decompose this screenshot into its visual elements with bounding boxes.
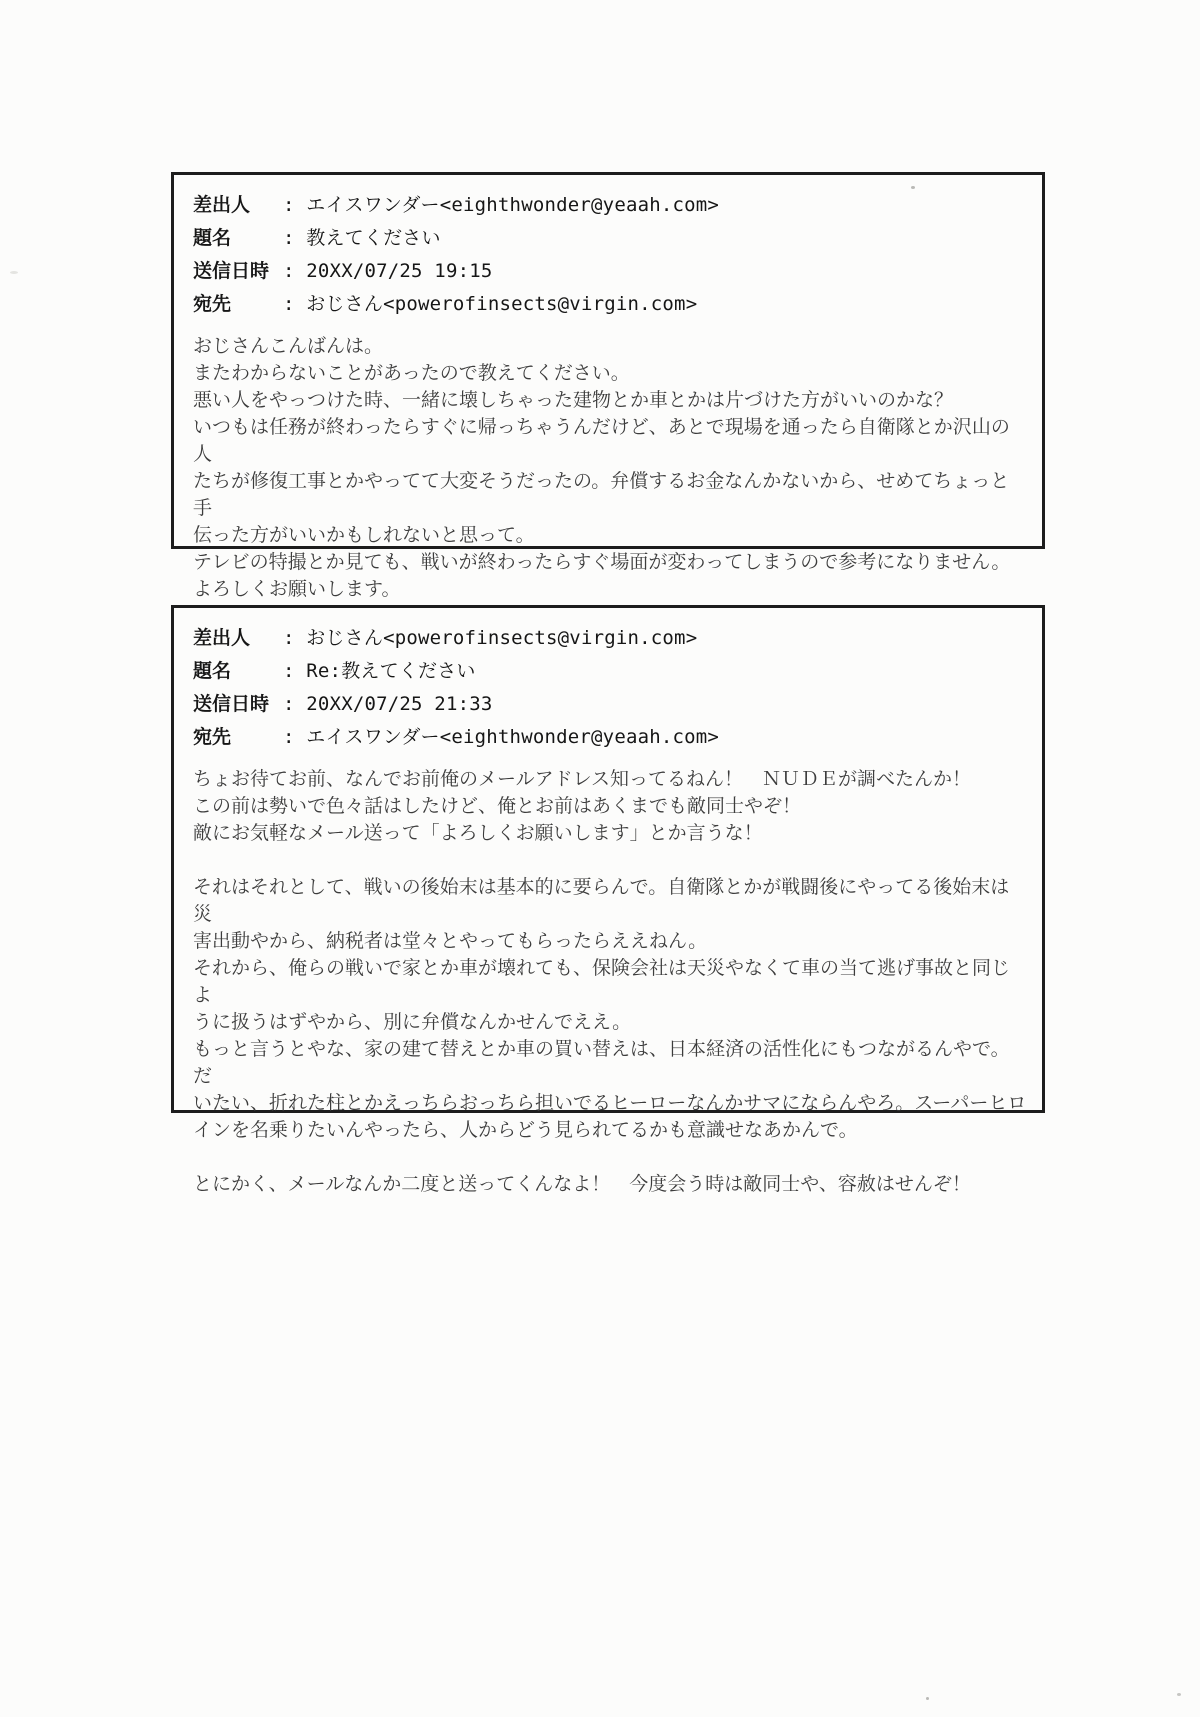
body-line: テレビの特撮とか見ても、戦いが終わったらすぐ場面が変わってしまうので参考になりま… xyxy=(193,549,1028,576)
body-line: もっと言うとやな、家の建て替えとか車の買い替えは、日本経済の活性化にもつながるん… xyxy=(193,1036,1028,1090)
email-2-paragraph-2: それはそれとして、戦いの後始末は基本的に要らんで。自衛隊とかが戦闘後にやってる後… xyxy=(193,874,1028,1144)
header-row-date: 送信日時: 20XX/07/25 21:33 xyxy=(193,688,1024,721)
header-value-date: : 20XX/07/25 19:15 xyxy=(283,255,493,287)
header-value-from: : エイスワンダー<eighthwonder@yeaah.com> xyxy=(283,189,719,221)
body-line: いたい、折れた柱とかえっちらおっちら担いでるヒーローなんかサマにならんやろ。スー… xyxy=(193,1090,1028,1117)
header-value-subject: : 教えてください xyxy=(283,222,441,254)
header-row-to: 宛先: おじさん<powerofinsects@virgin.com> xyxy=(193,288,1024,321)
body-line: ちょお待てお前、なんでお前俺のメールアドレス知ってるねん！ ＮＵＤＥが調べたんか… xyxy=(193,766,1028,793)
header-row-subject: 題名: 教えてください xyxy=(193,222,1024,255)
email-1-header-block: 差出人: エイスワンダー<eighthwonder@yeaah.com> 題名:… xyxy=(174,175,1042,321)
header-label-from: 差出人 xyxy=(193,190,283,222)
body-line: 悪い人をやっつけた時、一緒に壊しちゃった建物とか車とかは片づけた方がいいのかな？ xyxy=(193,387,1028,414)
body-line: インを名乗りたいんやったら、人からどう見られてるかも意識せなあかんで。 xyxy=(193,1117,1028,1144)
header-value-to: : おじさん<powerofinsects@virgin.com> xyxy=(283,288,697,320)
scan-speck xyxy=(1177,1693,1181,1696)
header-row-subject: 題名: Re:教えてください xyxy=(193,655,1024,688)
header-row-from: 差出人: エイスワンダー<eighthwonder@yeaah.com> xyxy=(193,189,1024,222)
scan-speck xyxy=(10,271,18,274)
email-2-paragraph-1: ちょお待てお前、なんでお前俺のメールアドレス知ってるねん！ ＮＵＤＥが調べたんか… xyxy=(193,766,1028,847)
body-line: いつもは任務が終わったらすぐに帰っちゃうんだけど、あとで現場を通ったら自衛隊とか… xyxy=(193,414,1028,468)
email-1-body: おじさんこんばんは。 またわからないことがあったので教えてください。 悪い人をや… xyxy=(174,333,1042,603)
header-label-to: 宛先 xyxy=(193,289,283,321)
scan-speck xyxy=(911,186,915,189)
email-1-paragraph: おじさんこんばんは。 またわからないことがあったので教えてください。 悪い人をや… xyxy=(193,333,1028,603)
email-message-1: 差出人: エイスワンダー<eighthwonder@yeaah.com> 題名:… xyxy=(171,172,1045,549)
body-line: この前は勢いで色々話はしたけど、俺とお前はあくまでも敵同士やぞ！ xyxy=(193,793,1028,820)
header-label-to: 宛先 xyxy=(193,722,283,754)
email-2-paragraph-3: とにかく、メールなんか二度と送ってくんなよ！ 今度会う時は敵同士や、容赦はせんぞ… xyxy=(193,1171,1028,1198)
body-line: たちが修復工事とかやってて大変そうだったの。弁償するお金なんかないから、せめてち… xyxy=(193,468,1028,522)
body-line: おじさんこんばんは。 xyxy=(193,333,1028,360)
header-value-date: : 20XX/07/25 21:33 xyxy=(283,688,493,720)
body-line: またわからないことがあったので教えてください。 xyxy=(193,360,1028,387)
email-2-body: ちょお待てお前、なんでお前俺のメールアドレス知ってるねん！ ＮＵＤＥが調べたんか… xyxy=(174,766,1042,1198)
scan-speck xyxy=(926,1697,929,1700)
body-line: 害出動やから、納税者は堂々とやってもらったらええねん。 xyxy=(193,928,1028,955)
body-line: うに扱うはずやから、別に弁償なんかせんでええ。 xyxy=(193,1009,1028,1036)
header-label-from: 差出人 xyxy=(193,623,283,655)
header-label-date: 送信日時 xyxy=(193,689,283,721)
header-label-subject: 題名 xyxy=(193,656,283,688)
body-line: それはそれとして、戦いの後始末は基本的に要らんで。自衛隊とかが戦闘後にやってる後… xyxy=(193,874,1028,928)
body-line: 伝った方がいいかもしれないと思って。 xyxy=(193,522,1028,549)
email-message-2: 差出人: おじさん<powerofinsects@virgin.com> 題名:… xyxy=(171,605,1045,1113)
header-row-to: 宛先: エイスワンダー<eighthwonder@yeaah.com> xyxy=(193,721,1024,754)
header-label-date: 送信日時 xyxy=(193,256,283,288)
body-line: それから、俺らの戦いで家とか車が壊れても、保険会社は天災やなくて車の当て逃げ事故… xyxy=(193,955,1028,1009)
scanned-page: 差出人: エイスワンダー<eighthwonder@yeaah.com> 題名:… xyxy=(0,0,1200,1717)
header-value-to: : エイスワンダー<eighthwonder@yeaah.com> xyxy=(283,721,719,753)
body-line: とにかく、メールなんか二度と送ってくんなよ！ 今度会う時は敵同士や、容赦はせんぞ… xyxy=(193,1171,1028,1198)
body-line: 敵にお気軽なメール送って「よろしくお願いします」とか言うな！ xyxy=(193,820,1028,847)
email-2-header-block: 差出人: おじさん<powerofinsects@virgin.com> 題名:… xyxy=(174,608,1042,754)
header-value-subject: : Re:教えてください xyxy=(283,655,476,687)
header-value-from: : おじさん<powerofinsects@virgin.com> xyxy=(283,622,697,654)
header-row-from: 差出人: おじさん<powerofinsects@virgin.com> xyxy=(193,622,1024,655)
header-row-date: 送信日時: 20XX/07/25 19:15 xyxy=(193,255,1024,288)
header-label-subject: 題名 xyxy=(193,223,283,255)
body-line: よろしくお願いします。 xyxy=(193,576,1028,603)
